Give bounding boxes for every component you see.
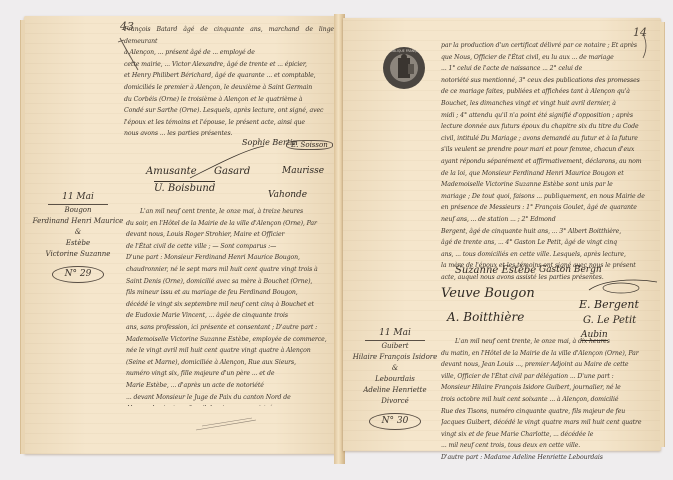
margin-name: Guibert <box>345 341 445 352</box>
end-flourish-icon <box>192 414 262 434</box>
signature-flourish-icon <box>583 276 663 300</box>
signature: Amusante <box>146 166 197 177</box>
open-register-book: 43 François Batard âgé de cinquante ans,… <box>0 0 673 480</box>
margin-name: & <box>345 363 445 374</box>
margin-entry-left: 11 Mai Bougon Ferdinand Henri Maurice & … <box>28 192 128 283</box>
signature: E. Bergent <box>579 298 639 311</box>
margin-name: Ferdinand Henri Maurice <box>28 216 128 227</box>
margin-name: Lebourdais <box>345 374 445 385</box>
signature: G. Le Petit <box>583 315 636 326</box>
margin-name: Estèbe <box>28 238 128 249</box>
signature: Gaston Bergn <box>539 265 602 275</box>
signature: Suzanne Estèbe <box>455 265 536 276</box>
margin-name: Hilaire François Isidore <box>345 352 445 363</box>
margin-name: Bougon <box>28 205 128 216</box>
signature: Veuve Bougon <box>441 286 535 301</box>
act-number: N° 29 <box>52 266 105 283</box>
left-top-act-text: François Batard âgé de cinquante ans, ma… <box>124 24 334 136</box>
signature: E. Soisson <box>286 140 333 150</box>
margin-date: 11 Mai <box>48 192 108 205</box>
signature: U. Boisbund <box>154 181 215 194</box>
right-act-text: par la production d'un certificat délivr… <box>441 40 653 286</box>
margin-name: Adeline Henriette <box>345 385 445 396</box>
left-page: 43 François Batard âgé de cinquante ans,… <box>24 16 337 454</box>
left-act-text: L'an mil neuf cent trente, le onze mai, … <box>126 206 334 406</box>
republique-francaise-stamp-icon: RÉPUBLIQUE FRANÇAISE <box>382 46 426 90</box>
margin-name: Divorcé <box>345 396 445 407</box>
signature: Vahonde <box>268 190 307 200</box>
act-number: N° 30 <box>369 413 422 430</box>
signature: Maurisse <box>282 166 324 176</box>
margin-entry-right: 11 Mai Guibert Hilaire François Isidore … <box>345 328 445 430</box>
right-second-act-text: L'an mil neuf cent trente, le onze mai, … <box>441 336 653 466</box>
signature: Gasard <box>214 166 250 177</box>
margin-name: & <box>28 227 128 238</box>
signature: A. Boitthière <box>447 310 524 324</box>
margin-name: Victorine Suzanne <box>28 249 128 260</box>
margin-date: 11 Mai <box>365 328 425 341</box>
